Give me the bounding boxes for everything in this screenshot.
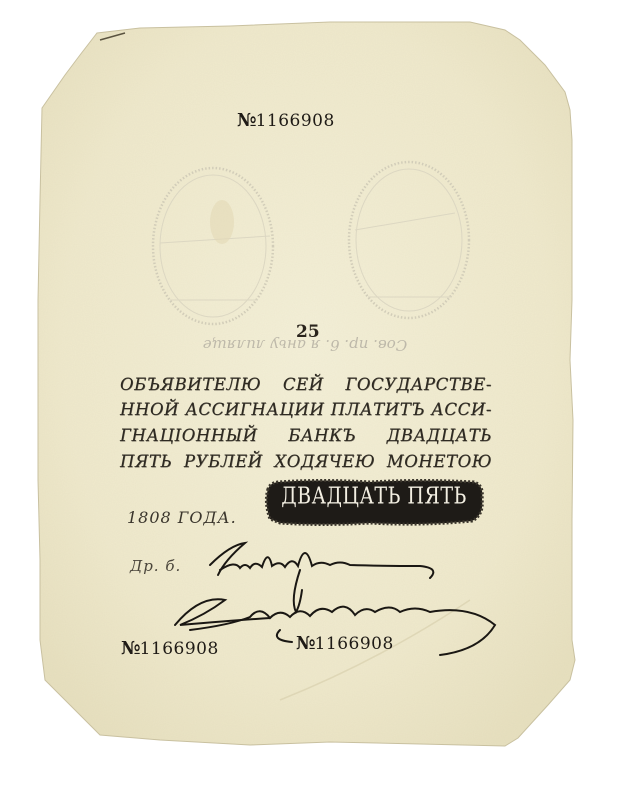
year-text: 1808 ГОДА. xyxy=(127,508,237,527)
handwritten-note: Сов. пр. 6. я аньу лиляще xyxy=(145,336,465,354)
body-text-line-2: ННОЙ АССИГНАЦИИ ПЛАТИТЪ АССИ- xyxy=(120,400,492,419)
body-text-line-3: ГНАЦІОННЫЙ БАНКЪ ДВАДЦАТЬ xyxy=(120,426,492,445)
banknote-scan: №1166908 25 Сов. пр. 6. я аньу лиляще ОБ… xyxy=(0,0,634,800)
serial-number-bottom-right: №1166908 xyxy=(296,633,394,654)
body-text-line-1: ОБЪЯВИТЕЛЮ СЕЙ ГОСУДАРСТВЕ- xyxy=(120,375,492,394)
serial-number-bottom-left: №1166908 xyxy=(121,638,219,659)
numero-sign: № xyxy=(237,110,256,131)
serial-number-top: №1166908 xyxy=(237,110,335,131)
signature-label: Др. б. xyxy=(130,557,181,575)
body-text-line-4: ПЯТЬ РУБЛЕЙ ХОДЯЧЕЮ МОНЕТОЮ xyxy=(120,452,492,471)
stamp-text: ДВАДЦАТЬ ПЯТЬ xyxy=(266,482,482,510)
